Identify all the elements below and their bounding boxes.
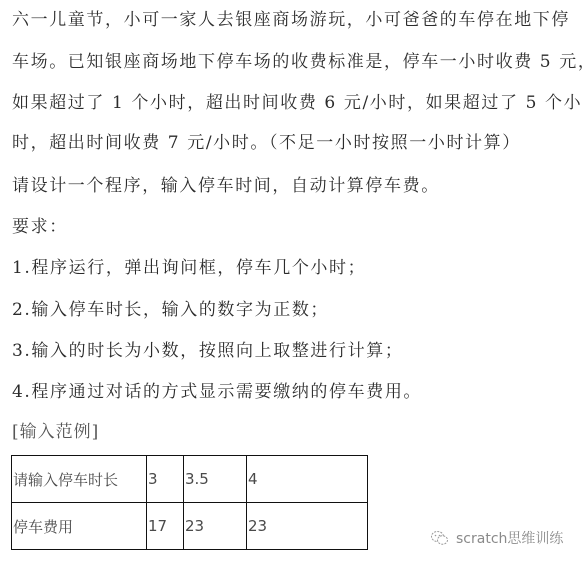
table-cell-label: 请输入停车时长 [12,456,147,503]
table-cell-label: 停车费用 [12,503,147,550]
table-cell: 17 [147,503,184,550]
task-statement: 请设计一个程序，输入停车时间，自动计算停车费。 [12,175,440,197]
table-cell: 3 [147,456,184,503]
paragraph-line: 车场。已知银座商场地下停车场的收费标准是，停车一小时收费 5 元， [12,51,583,73]
requirement-item-1: 1.程序运行，弹出询问框，停车几个小时； [12,257,366,279]
watermark: scratch思维训练 [430,528,563,548]
example-title: [输入范例] [12,421,99,443]
table-row: 请输入停车时长 3 3.5 4 [12,456,368,503]
table-cell: 3.5 [184,456,247,503]
table-cell: 4 [247,456,368,503]
table-row: 停车费用 17 23 23 [12,503,368,550]
example-table: 请输入停车时长 3 3.5 4 停车费用 17 23 23 [11,455,368,550]
watermark-text: scratch思维训练 [456,528,563,548]
table-cell: 23 [247,503,368,550]
requirements-heading: 要求： [12,216,68,238]
paragraph-line: 如果超过了 1 个小时，超出时间收费 6 元/小时，如果超过了 5 个小 [12,92,582,114]
table-cell: 23 [184,503,247,550]
requirement-item-4: 4.程序通过对话的方式显示需要缴纳的停车费用。 [12,381,422,403]
requirement-item-3: 3.输入的时长为小数，按照向上取整进行计算； [12,340,403,362]
requirement-item-2: 2.输入停车时长，输入的数字为正数； [12,299,329,321]
wechat-icon [430,530,450,546]
paragraph-line: 时，超出时间收费 7 元/小时。（不足一小时按照一小时计算） [12,132,521,154]
paragraph-line: 六一儿童节，小可一家人去银座商场游玩，小可爸爸的车停在地下停 [12,9,570,31]
